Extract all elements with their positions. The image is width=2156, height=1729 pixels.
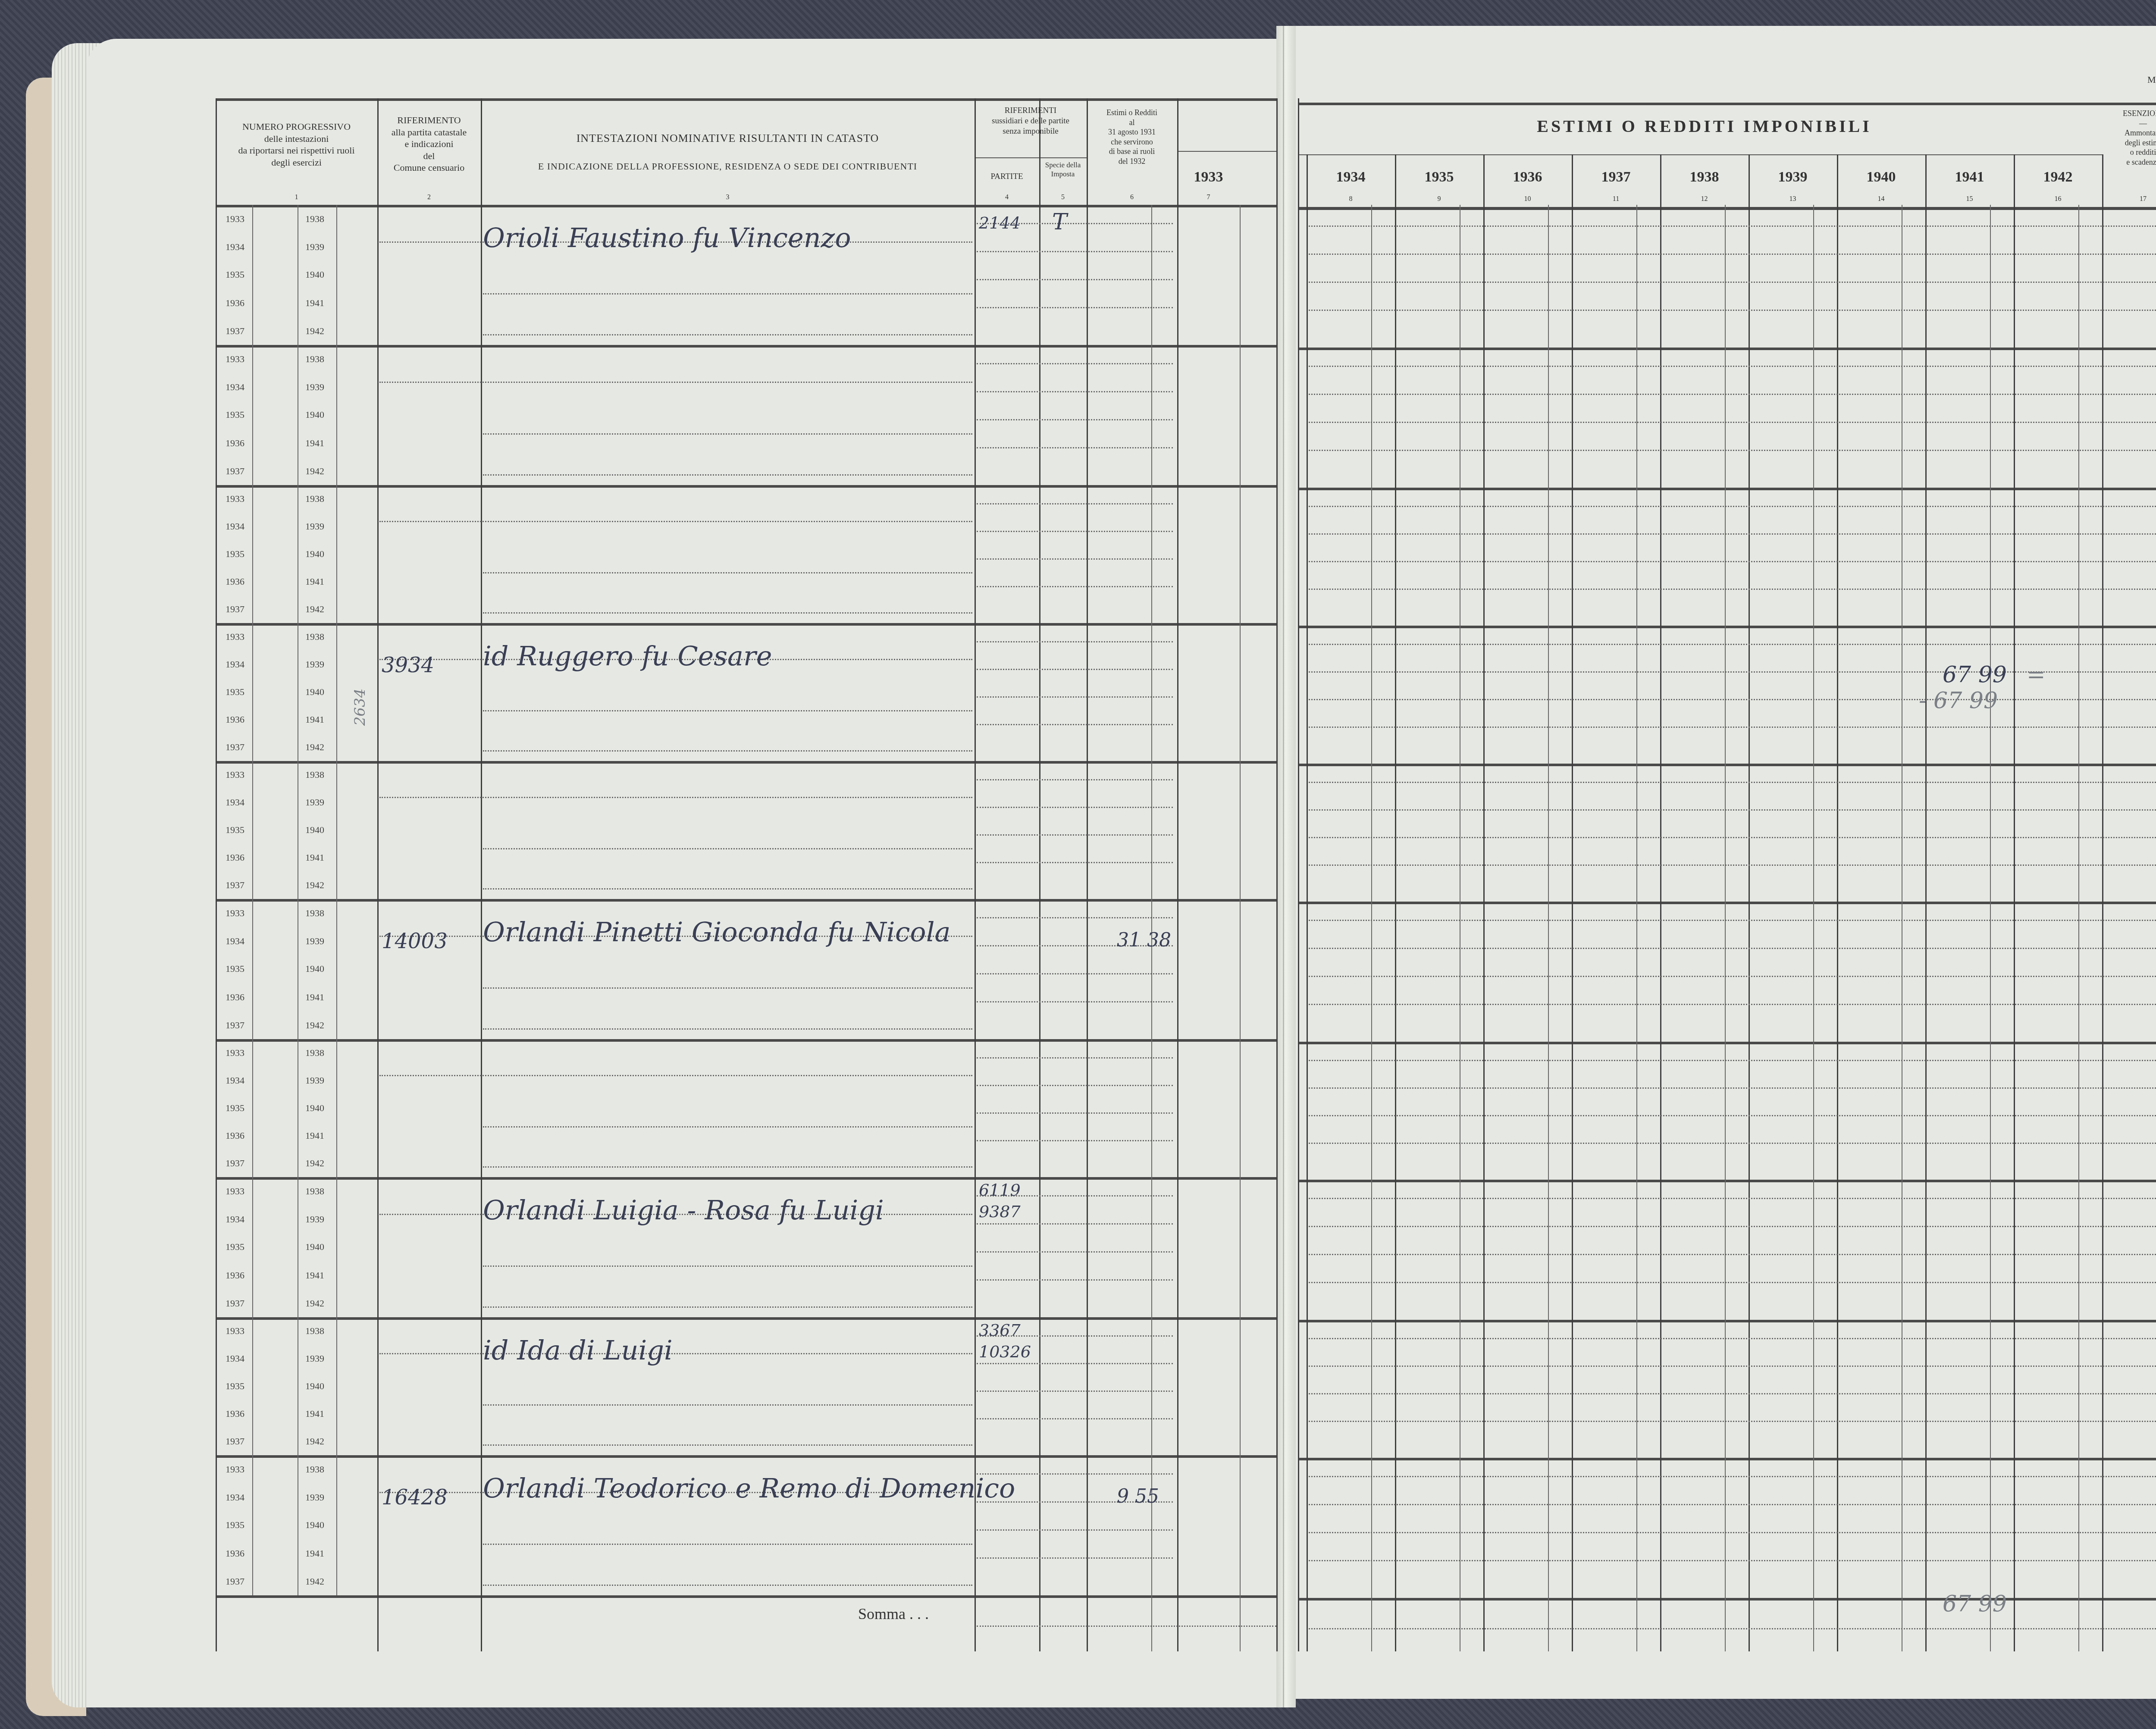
progressive-year-b: 1940 bbox=[300, 548, 330, 560]
riferimento-note: 2634 bbox=[351, 689, 369, 726]
rule-line bbox=[1298, 626, 2156, 628]
col6-line: del 1932 bbox=[1087, 157, 1177, 166]
progressive-year-b: 1938 bbox=[300, 1325, 330, 1337]
rule-line bbox=[977, 447, 1173, 448]
progressive-year-a: 1934 bbox=[220, 1492, 250, 1503]
progressive-year-a: 1937 bbox=[220, 604, 250, 615]
right-page bbox=[1287, 26, 2156, 1699]
specie-value: T bbox=[1052, 209, 1067, 235]
progressive-year-a: 1937 bbox=[220, 1298, 250, 1309]
rule-line bbox=[483, 987, 972, 989]
progressive-year-a: 1935 bbox=[220, 409, 250, 420]
rule-line bbox=[1309, 727, 2156, 728]
col2-line: del bbox=[377, 150, 481, 162]
estimo-1931-value: 9 55 bbox=[1117, 1485, 1159, 1507]
intestazione-name: Orlandi Teodorico e Remo di Domenico bbox=[483, 1472, 1015, 1504]
rule-line bbox=[379, 521, 972, 522]
year-col-number: 16 bbox=[2014, 195, 2102, 204]
year-header-1939: 1939 bbox=[1749, 168, 1837, 187]
year-header-1941: 1941 bbox=[1925, 168, 2014, 187]
rule-line bbox=[1298, 1320, 2156, 1322]
rule-line bbox=[1309, 920, 2156, 921]
esenzioni-header: ESENZIONI — Ammontare degli estimi o red… bbox=[2102, 109, 2156, 167]
rule-line bbox=[379, 1075, 972, 1076]
progressive-year-b: 1938 bbox=[300, 908, 330, 919]
column-line bbox=[377, 98, 379, 1651]
progressive-year-a: 1936 bbox=[220, 852, 250, 863]
progressive-year-b: 1940 bbox=[300, 1241, 330, 1253]
rule-line bbox=[1309, 1226, 2156, 1227]
rule-line bbox=[1298, 764, 2156, 766]
rule-line bbox=[216, 1455, 1276, 1458]
col2-line: Comune censuario bbox=[377, 162, 481, 174]
rule-line bbox=[483, 710, 972, 711]
progressive-year-a: 1936 bbox=[220, 1548, 250, 1559]
rule-line bbox=[483, 1166, 972, 1168]
progressive-year-a: 1933 bbox=[220, 908, 250, 919]
rule-line bbox=[977, 1001, 1173, 1002]
progressive-year-a: 1936 bbox=[220, 1270, 250, 1281]
progressive-year-b: 1942 bbox=[300, 1020, 330, 1031]
column-line bbox=[1307, 154, 1308, 1651]
rule-line bbox=[483, 474, 972, 476]
progressive-year-b: 1939 bbox=[300, 241, 330, 253]
column-line bbox=[1177, 98, 1178, 1651]
progressive-year-a: 1934 bbox=[220, 936, 250, 947]
rule-line bbox=[977, 391, 1173, 392]
column-line bbox=[1298, 98, 1299, 1651]
rule-line bbox=[977, 1223, 1173, 1225]
rule-line bbox=[216, 1039, 1276, 1042]
rule-line bbox=[1298, 1598, 2156, 1601]
rule-line bbox=[1309, 394, 2156, 395]
rule-line bbox=[1309, 254, 2156, 255]
rule-line bbox=[1298, 488, 2156, 490]
rule-line bbox=[1309, 948, 2156, 949]
rule-line bbox=[216, 345, 1276, 348]
rule-line bbox=[483, 848, 972, 849]
progressive-year-b: 1940 bbox=[300, 269, 330, 280]
riferimento-value: 14003 bbox=[382, 929, 448, 953]
rule-line bbox=[1309, 310, 2156, 311]
progressive-year-a: 1933 bbox=[220, 1047, 250, 1059]
progressive-year-a: 1933 bbox=[220, 493, 250, 504]
progressive-year-a: 1934 bbox=[220, 1214, 250, 1225]
year-col-number: 11 bbox=[1572, 195, 1660, 204]
year-col-number: 13 bbox=[1749, 195, 1837, 204]
year-col-number: 10 bbox=[1483, 195, 1572, 204]
col3-subtitle: E INDICAZIONE DELLA PROFESSIONE, RESIDEN… bbox=[481, 160, 975, 172]
progressive-year-a: 1937 bbox=[220, 466, 250, 477]
rule-line bbox=[1309, 533, 2156, 535]
col4-partite-label: PARTITE bbox=[975, 172, 1039, 182]
rule-line bbox=[1309, 1628, 2156, 1629]
intestazione-name: Orioli Faustino fu Vincenzo bbox=[483, 222, 851, 254]
rule-line bbox=[1309, 1560, 2156, 1561]
progressive-year-a: 1937 bbox=[220, 1158, 250, 1169]
column-line bbox=[481, 98, 482, 1651]
rule-line bbox=[1309, 1366, 2156, 1367]
esenzioni-line: Ammontare bbox=[2102, 128, 2156, 138]
col6-line: di base ai ruoli bbox=[1087, 147, 1177, 157]
rule-line bbox=[977, 696, 1173, 698]
rule-line bbox=[1309, 422, 2156, 423]
progressive-year-b: 1941 bbox=[300, 438, 330, 449]
column-line bbox=[1395, 154, 1396, 1651]
rule-line bbox=[977, 363, 1173, 364]
rule-line bbox=[1309, 226, 2156, 227]
rule-line bbox=[483, 293, 972, 294]
progressive-year-b: 1941 bbox=[300, 714, 330, 725]
progressive-year-b: 1942 bbox=[300, 1576, 330, 1587]
progressive-year-a: 1935 bbox=[220, 1381, 250, 1392]
progressive-year-b: 1938 bbox=[300, 1047, 330, 1059]
progressive-year-a: 1936 bbox=[220, 438, 250, 449]
year-header-1937: 1937 bbox=[1572, 168, 1660, 187]
year-col-number: 12 bbox=[1660, 195, 1749, 204]
rule-line bbox=[977, 1085, 1173, 1086]
progressive-year-a: 1935 bbox=[220, 963, 250, 974]
rule-line bbox=[977, 307, 1173, 308]
rule-line bbox=[1309, 1198, 2156, 1199]
progressive-year-a: 1936 bbox=[220, 1408, 250, 1419]
rule-line bbox=[483, 1444, 972, 1446]
rule-line bbox=[1309, 782, 2156, 783]
progressive-year-a: 1934 bbox=[220, 382, 250, 393]
column-line bbox=[1276, 98, 1278, 1651]
progressive-year-b: 1938 bbox=[300, 493, 330, 504]
rule-line bbox=[1309, 589, 2156, 590]
progressive-year-a: 1937 bbox=[220, 742, 250, 753]
partite-value: 6119 9387 bbox=[979, 1179, 1035, 1222]
column-line bbox=[2014, 154, 2015, 1651]
rule-line bbox=[1309, 1393, 2156, 1394]
rule-line bbox=[216, 1317, 1276, 1320]
rule-line bbox=[216, 1177, 1276, 1180]
progressive-year-b: 1939 bbox=[300, 1353, 330, 1364]
intestazione-name: id Ruggero fu Cesare bbox=[483, 640, 772, 672]
col1-header: NUMERO PROGRESSIVO delle intestazioni da… bbox=[216, 121, 377, 168]
year-col-number: 8 bbox=[1307, 195, 1395, 204]
progressive-year-b: 1938 bbox=[300, 354, 330, 365]
progressive-year-b: 1940 bbox=[300, 1381, 330, 1392]
progressive-year-b: 1940 bbox=[300, 409, 330, 420]
rule-line bbox=[977, 251, 1173, 252]
rule-line bbox=[216, 623, 1276, 626]
progressive-year-a: 1937 bbox=[220, 1020, 250, 1031]
column-line bbox=[336, 205, 337, 1595]
rule-line bbox=[1309, 282, 2156, 283]
progressive-year-a: 1933 bbox=[220, 354, 250, 365]
rule-line bbox=[483, 1306, 972, 1308]
rule-line bbox=[977, 1140, 1173, 1141]
col4-5-line: senza imponibile bbox=[975, 126, 1087, 137]
progressive-year-b: 1938 bbox=[300, 769, 330, 780]
progressive-year-b: 1941 bbox=[300, 298, 330, 309]
rule-line bbox=[1309, 1254, 2156, 1255]
progressive-year-b: 1941 bbox=[300, 1130, 330, 1141]
year-header-1935: 1935 bbox=[1395, 168, 1483, 187]
rule-line bbox=[977, 807, 1173, 808]
value-1942-mark: = bbox=[2027, 662, 2046, 688]
rule-line bbox=[1298, 154, 2102, 155]
rule-line bbox=[1309, 837, 2156, 838]
year-header-1934: 1934 bbox=[1307, 168, 1395, 187]
col6-number: 6 bbox=[1087, 193, 1177, 202]
col3-title: INTESTAZIONI NOMINATIVE RISULTANTI IN CA… bbox=[481, 132, 975, 146]
rule-line bbox=[977, 1557, 1173, 1559]
rule-line bbox=[977, 917, 1173, 918]
col7-number: 7 bbox=[1177, 193, 1240, 202]
progressive-year-b: 1942 bbox=[300, 466, 330, 477]
column-line bbox=[1240, 205, 1241, 1651]
value-1941: 67 99 bbox=[1943, 662, 2007, 688]
progressive-year-a: 1937 bbox=[220, 880, 250, 891]
progressive-year-a: 1936 bbox=[220, 576, 250, 587]
col4-5-line: sussidiari e delle partite bbox=[975, 116, 1087, 126]
rule-line bbox=[1309, 506, 2156, 507]
rule-line bbox=[216, 98, 1276, 101]
progressive-year-a: 1934 bbox=[220, 1353, 250, 1364]
rule-line bbox=[977, 641, 1173, 642]
year-header-1940: 1940 bbox=[1837, 168, 1925, 187]
progressive-year-b: 1942 bbox=[300, 326, 330, 337]
column-line bbox=[1837, 154, 1838, 1651]
rule-line bbox=[483, 572, 972, 573]
progressive-year-b: 1942 bbox=[300, 1298, 330, 1309]
partite-value: 3367 10326 bbox=[979, 1319, 1035, 1363]
rule-line bbox=[483, 433, 972, 435]
rule-line bbox=[977, 1418, 1173, 1419]
progressive-year-a: 1936 bbox=[220, 714, 250, 725]
year-col-number: 14 bbox=[1837, 195, 1925, 204]
col5-number: 5 bbox=[1039, 193, 1087, 202]
rule-line bbox=[1298, 103, 2156, 105]
rule-line bbox=[1309, 450, 2156, 451]
rule-line bbox=[1309, 809, 2156, 811]
progressive-year-b: 1938 bbox=[300, 1464, 330, 1475]
rule-line bbox=[1309, 1476, 2156, 1477]
rule-line bbox=[977, 779, 1173, 780]
year-col-number: 9 bbox=[1395, 195, 1483, 204]
rule-line bbox=[483, 1585, 972, 1586]
progressive-year-a: 1933 bbox=[220, 631, 250, 642]
rule-line bbox=[216, 899, 1276, 902]
progressive-year-a: 1933 bbox=[220, 1464, 250, 1475]
column-line bbox=[1925, 154, 1927, 1651]
rule-line bbox=[1309, 1143, 2156, 1144]
column-line bbox=[1749, 154, 1750, 1651]
rule-line bbox=[977, 724, 1173, 725]
rule-line bbox=[977, 669, 1173, 670]
col1-number: 1 bbox=[216, 193, 377, 202]
progressive-year-a: 1935 bbox=[220, 1241, 250, 1253]
rule-line bbox=[379, 797, 972, 798]
progressive-year-b: 1939 bbox=[300, 797, 330, 808]
rule-line bbox=[483, 1126, 972, 1128]
rule-line bbox=[975, 157, 1087, 158]
column-line bbox=[252, 205, 253, 1595]
progressive-year-a: 1935 bbox=[220, 548, 250, 560]
rule-line bbox=[977, 1251, 1173, 1253]
intestazione-name: Orlandi Luigia - Rosa fu Luigi bbox=[483, 1194, 884, 1226]
progressive-year-b: 1939 bbox=[300, 521, 330, 532]
column-line bbox=[1483, 154, 1485, 1651]
col1-line: delle intestazioni bbox=[216, 133, 377, 145]
rule-line bbox=[977, 1112, 1173, 1114]
year-col-number: 15 bbox=[1925, 195, 2014, 204]
rule-line bbox=[1309, 366, 2156, 367]
rule-line bbox=[216, 205, 1276, 207]
column-line bbox=[1660, 154, 1661, 1651]
col1-line: da riportarsi nei rispettivi ruoli bbox=[216, 144, 377, 157]
rule-line bbox=[483, 1028, 972, 1030]
rule-line bbox=[977, 531, 1173, 532]
rule-line bbox=[977, 558, 1173, 560]
column-line bbox=[1039, 157, 1040, 1651]
rule-line bbox=[977, 419, 1173, 420]
rule-line bbox=[977, 1626, 1276, 1627]
rule-line bbox=[1309, 1338, 2156, 1339]
rule-line bbox=[1298, 1458, 2156, 1460]
rule-line bbox=[1309, 864, 2156, 866]
rule-line bbox=[977, 834, 1173, 836]
estimi-redditi-title: ESTIMI O REDDITI IMPONIBILI bbox=[1307, 116, 2102, 137]
riferimento-value: 3934 bbox=[382, 653, 434, 677]
progressive-year-b: 1940 bbox=[300, 1519, 330, 1531]
rule-line bbox=[216, 485, 1276, 488]
year-header-1938: 1938 bbox=[1660, 168, 1749, 187]
col2-number: 2 bbox=[377, 193, 481, 202]
progressive-year-a: 1935 bbox=[220, 269, 250, 280]
progressive-year-b: 1942 bbox=[300, 604, 330, 615]
col1-line: degli esercizi bbox=[216, 157, 377, 169]
col17-number: 17 bbox=[2102, 195, 2156, 204]
progressive-year-a: 1935 bbox=[220, 824, 250, 836]
rule-line bbox=[1309, 561, 2156, 562]
rule-line bbox=[1309, 1087, 2156, 1089]
progressive-year-b: 1939 bbox=[300, 382, 330, 393]
rule-line bbox=[977, 1057, 1173, 1059]
progressive-year-b: 1939 bbox=[300, 936, 330, 947]
column-line bbox=[216, 98, 217, 1651]
progressive-year-b: 1941 bbox=[300, 1408, 330, 1419]
progressive-year-b: 1940 bbox=[300, 1103, 330, 1114]
rule-line bbox=[1298, 902, 2156, 904]
running-head: Mod. 111 - Imposte Dirette (Intercalare)… bbox=[2147, 74, 2156, 85]
rule-line bbox=[1177, 151, 1276, 152]
col6-header: Estimi o Redditi al 31 agosto 1931 che s… bbox=[1087, 108, 1177, 166]
value-1941-pencil-note: - 67 99 bbox=[1919, 688, 1998, 714]
col7-year: 1933 bbox=[1177, 168, 1240, 187]
col2-line: e indicazioni bbox=[377, 138, 481, 150]
rule-line bbox=[483, 750, 972, 752]
partite-value: 2144 bbox=[979, 213, 1021, 232]
book-gutter bbox=[1276, 26, 1296, 1707]
rule-line bbox=[1309, 1504, 2156, 1505]
progressive-year-b: 1938 bbox=[300, 213, 330, 225]
rule-line bbox=[977, 1529, 1173, 1531]
col2-line: alla partita catastale bbox=[377, 126, 481, 138]
rule-line bbox=[379, 382, 972, 383]
progressive-year-a: 1934 bbox=[220, 797, 250, 808]
progressive-year-a: 1933 bbox=[220, 769, 250, 780]
rule-line bbox=[483, 612, 972, 614]
rule-line bbox=[977, 973, 1173, 974]
column-line bbox=[1572, 154, 1573, 1651]
progressive-year-a: 1936 bbox=[220, 992, 250, 1003]
rule-line bbox=[379, 1353, 972, 1354]
progressive-year-a: 1936 bbox=[220, 1130, 250, 1141]
col5-specie-label: Specie della Imposta bbox=[1039, 160, 1087, 179]
column-line bbox=[1151, 205, 1152, 1651]
esenzioni-line: o redditi bbox=[2102, 147, 2156, 157]
rule-line bbox=[483, 1404, 972, 1406]
progressive-year-a: 1934 bbox=[220, 1075, 250, 1086]
rule-line bbox=[977, 1391, 1173, 1392]
rule-line bbox=[216, 1595, 1276, 1598]
rule-line bbox=[977, 1279, 1173, 1281]
col4-5-title: RIFERIMENTI bbox=[975, 106, 1087, 116]
progressive-year-b: 1938 bbox=[300, 1186, 330, 1197]
progressive-year-a: 1934 bbox=[220, 659, 250, 670]
progressive-year-a: 1933 bbox=[220, 1186, 250, 1197]
progressive-year-b: 1939 bbox=[300, 1214, 330, 1225]
rule-line bbox=[1309, 1060, 2156, 1061]
progressive-year-b: 1939 bbox=[300, 659, 330, 670]
progressive-year-b: 1939 bbox=[300, 1492, 330, 1503]
col6-line: che servirono bbox=[1087, 137, 1177, 147]
year-header-1942: 1942 bbox=[2014, 168, 2102, 187]
rule-line bbox=[1309, 1421, 2156, 1422]
progressive-year-a: 1933 bbox=[220, 1325, 250, 1337]
rule-line bbox=[1309, 644, 2156, 645]
rule-line bbox=[1309, 1282, 2156, 1283]
rule-line bbox=[1298, 207, 2156, 210]
gutter-fold bbox=[1283, 26, 1284, 1707]
col1-title: NUMERO PROGRESSIVO bbox=[216, 121, 377, 133]
rule-line bbox=[483, 1265, 972, 1267]
col6-line: 31 agosto 1931 bbox=[1087, 127, 1177, 137]
rule-line bbox=[977, 586, 1173, 587]
progressive-year-b: 1940 bbox=[300, 963, 330, 974]
somma-1941-value: 67 99 bbox=[1943, 1591, 2007, 1617]
column-line bbox=[2102, 154, 2103, 1651]
progressive-year-b: 1938 bbox=[300, 631, 330, 642]
year-header-1936: 1936 bbox=[1483, 168, 1572, 187]
rule-line bbox=[1309, 1532, 2156, 1533]
rule-line bbox=[1298, 348, 2156, 350]
rule-line bbox=[1309, 699, 2156, 700]
progressive-year-b: 1941 bbox=[300, 1270, 330, 1281]
progressive-year-b: 1941 bbox=[300, 1548, 330, 1559]
progressive-year-b: 1941 bbox=[300, 992, 330, 1003]
rule-line bbox=[1309, 976, 2156, 977]
riferimento-value: 16428 bbox=[382, 1485, 448, 1510]
progressive-year-a: 1935 bbox=[220, 1103, 250, 1114]
estimo-1931-value: 31 38 bbox=[1117, 929, 1171, 951]
col6-line: al bbox=[1087, 118, 1177, 128]
col4-number: 4 bbox=[975, 193, 1039, 202]
progressive-year-a: 1933 bbox=[220, 213, 250, 225]
intestazione-name: id Ida di Luigi bbox=[483, 1334, 673, 1366]
esenzioni-title: ESENZIONI bbox=[2102, 109, 2156, 119]
progressive-year-a: 1937 bbox=[220, 326, 250, 337]
col6-line: Estimi o Redditi bbox=[1087, 108, 1177, 118]
progressive-year-b: 1942 bbox=[300, 1436, 330, 1447]
progressive-year-b: 1942 bbox=[300, 880, 330, 891]
col4-5-header: RIFERIMENTI sussidiari e delle partite s… bbox=[975, 106, 1087, 136]
